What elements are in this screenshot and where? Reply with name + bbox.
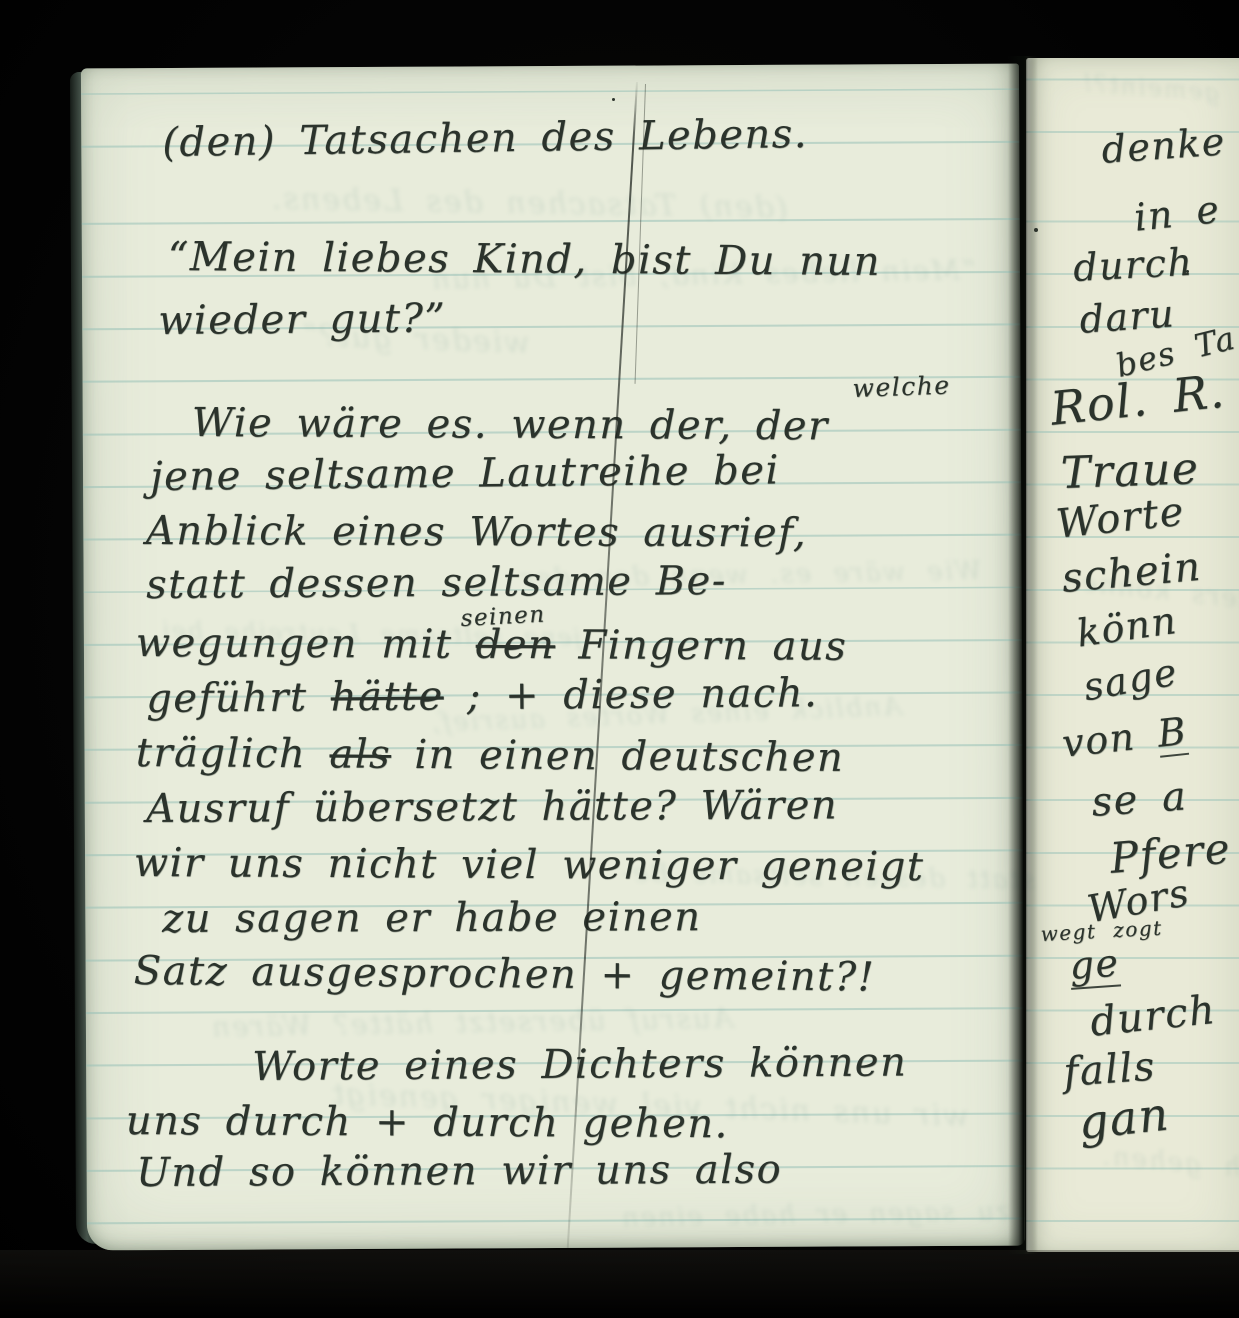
handwritten-line: uns durch + durch gehen.: [126, 1098, 729, 1147]
handwritten-line: Wie wäre es. wenn der, der: [192, 400, 829, 449]
handwriting-text: sage: [1080, 650, 1181, 710]
handwriting-text: (den) Tatsachen des Lebens.: [162, 111, 808, 166]
handwritten-line: “Mein liebes Kind, bist Du nun: [168, 234, 881, 285]
handwritten-line: gan: [1076, 1086, 1172, 1149]
handwriting-text: von: [1060, 712, 1160, 766]
handwriting-text: statt dessen seltsame Be-: [146, 558, 727, 608]
handwritten-line: schein: [1060, 544, 1203, 602]
handwriting-text: jene seltsame Lautreihe bei: [150, 447, 780, 500]
handwriting-text: welche: [852, 371, 951, 403]
handwriting-text: “Mein liebes Kind, bist Du nun: [168, 234, 881, 285]
handwritten-line: von B: [1060, 709, 1189, 766]
handwritten-line: (den) Tatsachen des Lebens.: [162, 111, 808, 166]
handwritten-line: ge: [1068, 941, 1121, 988]
handwritten-line: wegungen mit den Fingern aus: [136, 620, 848, 670]
underlined-word: B: [1155, 709, 1189, 758]
handwriting-text: wir uns nicht viel weniger geneigt: [134, 840, 925, 890]
handwriting-text: daru: [1078, 291, 1176, 342]
handwritten-line: geführt hätte ; + diese nach.: [146, 670, 818, 722]
handwritten-line: jene seltsame Lautreihe bei: [150, 447, 780, 500]
handwriting-text: Und so können wir uns also: [136, 1147, 782, 1196]
paper-speck: [612, 98, 615, 101]
handwriting-text: Wie wäre es. wenn der, der: [192, 400, 829, 449]
handwriting-text: Rol. R.: [1048, 364, 1228, 436]
handwriting-text: in e: [1132, 187, 1222, 240]
handwriting-text: durch: [1088, 987, 1218, 1046]
handwritten-line: wir uns nicht viel weniger geneigt: [134, 840, 925, 890]
handwritten-line: durch: [1072, 240, 1194, 290]
paper-speck: [1034, 228, 1038, 232]
handwriting-text: könn: [1074, 598, 1180, 656]
handwriting-text: träglich: [136, 730, 330, 777]
handwriting-text: denke: [1100, 119, 1227, 172]
handwritten-line: zu sagen er habe einen: [162, 894, 702, 942]
struck-word: als: [329, 731, 391, 777]
handwritten-line: denke: [1100, 119, 1227, 172]
handwriting-layer: (den) Tatsachen des Lebens.“Mein liebes …: [0, 0, 1239, 1318]
handwriting-text: geführt: [146, 674, 331, 722]
handwriting-text: wieder gut?”: [158, 295, 447, 344]
handwritten-line: durch: [1088, 987, 1218, 1046]
handwriting-text: schein: [1060, 544, 1203, 602]
handwriting-text: gan: [1076, 1086, 1172, 1149]
paper-speck: [1186, 270, 1189, 273]
struck-word: hätte: [331, 673, 444, 720]
handwriting-text: durch: [1072, 240, 1194, 290]
handwritten-line: wieder gut?”: [158, 295, 447, 344]
handwritten-line: könn: [1074, 598, 1180, 656]
handwriting-text: uns durch + durch gehen.: [126, 1098, 729, 1147]
handwriting-text: Ausruf übersetzt hätte? Wären: [146, 782, 838, 832]
handwriting-text: se a: [1090, 773, 1189, 826]
handwritten-line: Anblick eines Wortes ausrief,: [146, 508, 807, 556]
handwritten-line: daru: [1078, 291, 1176, 342]
handwriting-text: wegungen mit: [136, 620, 476, 668]
handwritten-line: in e: [1132, 187, 1222, 240]
handwritten-line: Ausruf übersetzt hätte? Wären: [146, 782, 838, 832]
handwritten-line: Rol. R.: [1048, 364, 1228, 436]
handwriting-text: ; + diese nach.: [443, 670, 818, 719]
handwritten-line: statt dessen seltsame Be-: [146, 558, 727, 608]
handwritten-line: träglich als in einen deutschen: [136, 730, 845, 781]
handwritten-line: sage: [1080, 650, 1181, 710]
scanned-notebook: (den) Tatsachen des Lebens.“Mein liebes …: [0, 0, 1239, 1318]
underlined-word: ge: [1068, 941, 1121, 990]
handwriting-text: Satz ausgesprochen + gemeint?!: [134, 948, 876, 1000]
handwritten-line: welche: [852, 371, 951, 403]
handwritten-line: Satz ausgesprochen + gemeint?!: [134, 948, 876, 1000]
handwriting-text: zu sagen er habe einen: [162, 894, 702, 942]
scanner-bed-sheen: [0, 1250, 1239, 1318]
handwriting-text: Anblick eines Wortes ausrief,: [146, 508, 807, 556]
handwriting-text: Fingern aus: [555, 622, 847, 670]
handwritten-line: se a: [1090, 773, 1189, 826]
struck-word: den: [476, 622, 556, 668]
handwritten-line: Und so können wir uns also: [136, 1147, 782, 1196]
handwriting-text: in einen deutschen: [391, 732, 844, 781]
